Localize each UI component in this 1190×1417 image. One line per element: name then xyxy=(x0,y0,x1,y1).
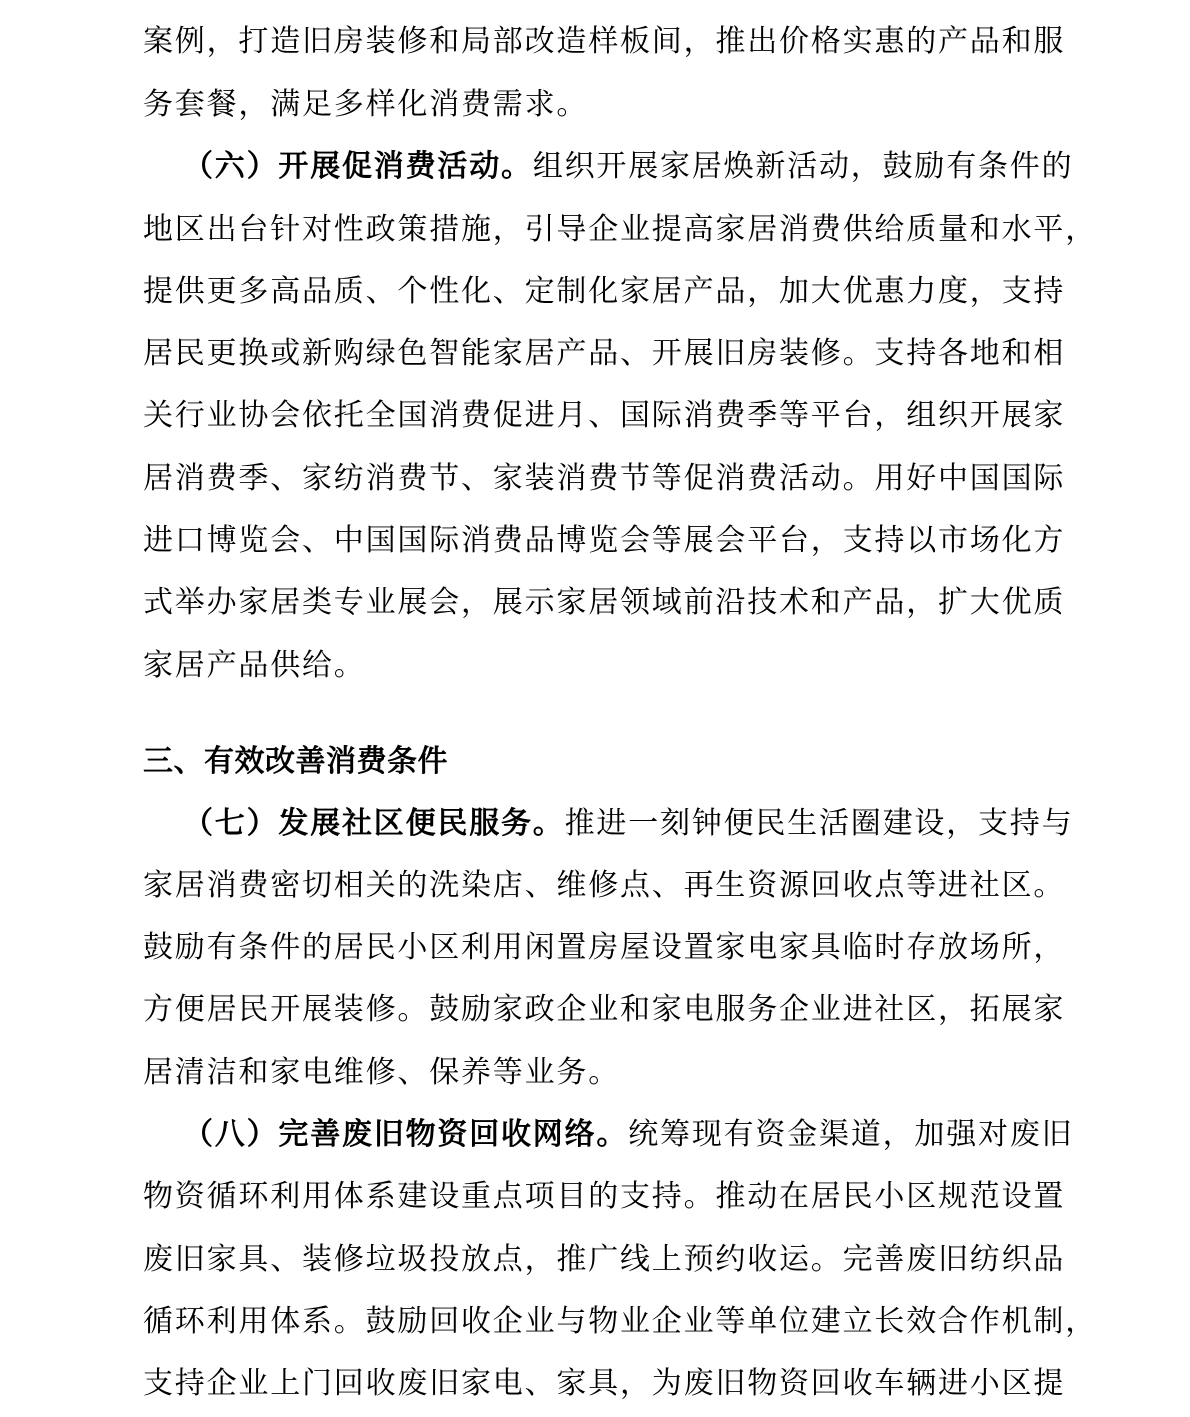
item-8-text: 统筹现有资金渠道，加强对废旧 xyxy=(628,1117,1073,1152)
paragraph-line: 地区出台针对性政策措施，引导企业提高家居消费供给质量和水平， xyxy=(143,208,1083,252)
item-7-title: 发展社区便民服务。 xyxy=(278,806,564,841)
document-page: 案例，打造旧房装修和局部改造样板间，推出价格实惠的产品和服 务套餐，满足多样化消… xyxy=(0,0,1190,1417)
paragraph-line: 提供更多高品质、个性化、定制化家居产品，加大优惠力度，支持 xyxy=(143,270,1083,314)
item-8-title: 完善废旧物资回收网络。 xyxy=(278,1117,628,1152)
paragraph-line: 务套餐，满足多样化消费需求。 xyxy=(143,83,1083,127)
item-6-number: （六） xyxy=(183,149,278,184)
paragraph-line: 居消费季、家纺消费节、家装消费节等促消费活动。用好中国国际 xyxy=(143,457,1083,501)
paragraph-line: 居民更换或新购绿色智能家居产品、开展旧房装修。支持各地和相 xyxy=(143,332,1083,376)
paragraph-line: 关行业协会依托全国消费促进月、国际消费季等平台，组织开展家 xyxy=(143,394,1083,438)
paragraph-line: 家居消费密切相关的洗染店、维修点、再生资源回收点等进社区。 xyxy=(143,864,1083,908)
item-7-first-line: （七）发展社区便民服务。推进一刻钟便民生活圈建设，支持与 xyxy=(183,802,1123,846)
section-heading: 三、有效改善消费条件 xyxy=(143,740,448,784)
item-7-number: （七） xyxy=(183,806,278,841)
paragraph-line: 方便居民开展装修。鼓励家政企业和家电服务企业进社区，拓展家 xyxy=(143,988,1083,1032)
paragraph-line: 式举办家居类专业展会，展示家居领域前沿技术和产品，扩大优质 xyxy=(143,581,1083,625)
paragraph-line: 进口博览会、中国国际消费品博览会等展会平台，支持以市场化方 xyxy=(143,519,1083,563)
paragraph-line: 物资循环利用体系建设重点项目的支持。推动在居民小区规范设置 xyxy=(143,1175,1083,1219)
item-6-text: 组织开展家居焕新活动，鼓励有条件的 xyxy=(533,149,1074,184)
paragraph-line: 鼓励有条件的居民小区利用闲置房屋设置家电家具临时存放场所， xyxy=(143,926,1083,970)
paragraph-line: 循环利用体系。鼓励回收企业与物业企业等单位建立长效合作机制， xyxy=(143,1300,1083,1344)
item-8-number: （八） xyxy=(183,1117,278,1152)
item-6-first-line: （六）开展促消费活动。组织开展家居焕新活动，鼓励有条件的 xyxy=(183,145,1123,189)
paragraph-line: 家居产品供给。 xyxy=(143,644,1083,688)
item-7-text: 推进一刻钟便民生活圈建设，支持与 xyxy=(565,806,1074,841)
paragraph-line: 案例，打造旧房装修和局部改造样板间，推出价格实惠的产品和服 xyxy=(143,20,1083,64)
paragraph-line: 居清洁和家电维修、保养等业务。 xyxy=(143,1051,1083,1095)
item-8-first-line: （八）完善废旧物资回收网络。统筹现有资金渠道，加强对废旧 xyxy=(183,1113,1123,1157)
paragraph-line: 废旧家具、装修垃圾投放点，推广线上预约收运。完善废旧纺织品 xyxy=(143,1238,1083,1282)
item-6-title: 开展促消费活动。 xyxy=(278,149,532,184)
paragraph-line: 支持企业上门回收废旧家电、家具，为废旧物资回收车辆进小区提 xyxy=(143,1362,1083,1406)
